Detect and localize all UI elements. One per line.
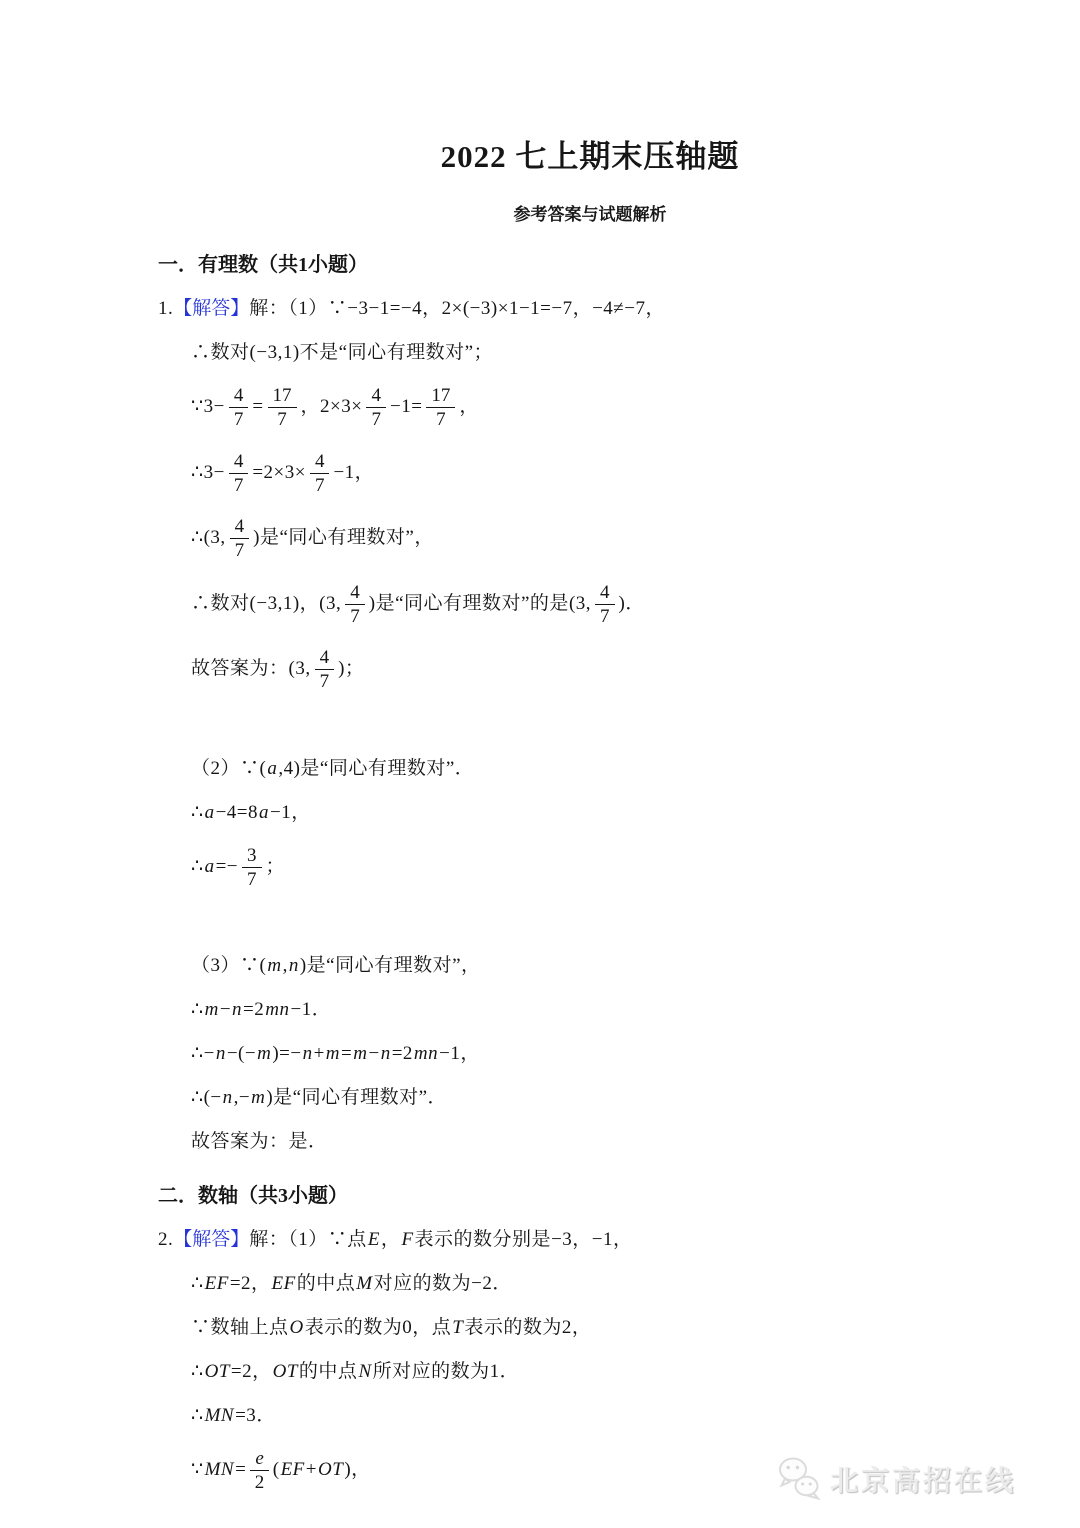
math-text: ∴m−n=2mn−1． [191, 999, 331, 1020]
fraction-denominator: 7 [345, 605, 365, 627]
content-line: ∴−n−(−m)=−n+m=m−n=2mn−1， [191, 1039, 1022, 1069]
fraction-numerator: 4 [345, 582, 365, 605]
fraction-numerator: 4 [366, 385, 386, 408]
fraction-denominator: 7 [315, 670, 335, 692]
math-text: ∴(3, [191, 527, 226, 548]
text-run: 的中点 [299, 1361, 358, 1382]
text-run: ， [252, 1361, 272, 1382]
math-text: M [355, 1273, 373, 1294]
text-run: 对应的数为 [374, 1273, 472, 1294]
math-text: ∴a−4=8a−1， [191, 802, 311, 823]
fraction: 37 [242, 845, 262, 891]
text-run: ． [256, 1405, 276, 1426]
text-run: 不是“同心有理数对”； [300, 342, 493, 363]
text-run: 所对应的数为 [373, 1361, 490, 1382]
content-line: ∴EF=2，EF的中点M对应的数为−2． [191, 1269, 1022, 1299]
math-text: ∵(m,n) [240, 955, 307, 976]
math-text: 2×3× [320, 396, 362, 417]
fraction-denominator: 7 [426, 408, 455, 430]
fraction: 47 [310, 451, 330, 497]
math-text: ∴−n−(−m)=−n+m=m−n=2mn−1， [191, 1043, 480, 1064]
math-text: T [451, 1317, 464, 1338]
math-text: ∴a=− [191, 856, 238, 877]
math-text: 2 [562, 1317, 572, 1338]
page-subtitle: 参考答案与试题解析 [158, 204, 1022, 226]
document-page: 2022 七上期末压轴题 参考答案与试题解析 一．有理数（共1小题）1.【解答】… [0, 0, 1080, 1528]
document-body: 一．有理数（共1小题）1.【解答】解：（1）∵−3−1=−4，2×(−3)×1−… [158, 250, 1022, 1497]
math-text: (3, [289, 658, 311, 679]
math-text: 1 [490, 1361, 500, 1382]
fraction: 47 [595, 582, 615, 628]
text-run: 的中点 [297, 1273, 356, 1294]
text-run: ， [613, 1229, 633, 1250]
math-text: ∵ [328, 1229, 348, 1250]
text-run: 解：（1） [249, 1229, 328, 1250]
text-run: 是“同心有理数对”． [273, 1087, 447, 1108]
math-text: ∴OT=2 [191, 1361, 252, 1382]
math-text: ∴EF=2 [191, 1273, 251, 1294]
text-run: 数轴上点 [211, 1317, 289, 1338]
fraction-denominator: 7 [229, 474, 249, 496]
fraction: 47 [366, 385, 386, 431]
fraction-denominator: 7 [310, 474, 330, 496]
text-run: ， [251, 1273, 271, 1294]
fraction: 47 [230, 516, 250, 562]
text-run: 点 [347, 1229, 367, 1250]
fraction: e2 [250, 1448, 268, 1494]
math-text: ∴ [191, 593, 211, 614]
fraction-denominator: 7 [229, 408, 249, 430]
fraction-numerator: 17 [268, 385, 297, 408]
math-text: ∴MN=3 [191, 1405, 256, 1426]
content-line: （2）∵(a,4)是“同心有理数对”． [191, 754, 1022, 784]
text-run: ， [459, 396, 479, 417]
math-text: −1， [333, 462, 374, 483]
content-line: ∴(−n,−m)是“同心有理数对”． [191, 1083, 1022, 1113]
fraction: 47 [345, 582, 365, 628]
math-text: ) [338, 658, 345, 679]
content-line: ∴MN=3． [191, 1401, 1022, 1431]
text-run: 1. [158, 298, 173, 319]
math-text: ∴3− [191, 462, 225, 483]
text-run: ． [500, 1361, 520, 1382]
fraction-numerator: 4 [315, 647, 335, 670]
fraction-denominator: 7 [366, 408, 386, 430]
content-line: ∴a=−37； [191, 842, 1022, 894]
watermark-label: 北京高招在线 [830, 1459, 1016, 1499]
math-text: −3，−1 [551, 1229, 613, 1250]
math-text: (−3,1)，(3, [250, 593, 342, 614]
answer-tag: 【解答】 [173, 1229, 249, 1250]
text-run: 故答案为： [191, 658, 289, 679]
fraction-numerator: 3 [242, 845, 262, 868]
math-text: ∵(a,4) [240, 758, 300, 779]
fraction-numerator: 4 [230, 516, 250, 539]
math-text: ) [253, 527, 260, 548]
watermark: 北京高招在线 [774, 1456, 1016, 1502]
text-run: ， [301, 396, 321, 417]
text-run: ， [572, 1317, 592, 1338]
text-run: 表示的数为 [305, 1317, 403, 1338]
math-text: EF [271, 1273, 297, 1294]
section-heading: 一．有理数（共1小题） [158, 250, 1022, 280]
fraction-denominator: 7 [230, 539, 250, 561]
fraction: 47 [229, 451, 249, 497]
text-run: 是“同心有理数对”． [300, 758, 474, 779]
content-line: 故答案为：是． [191, 1127, 1022, 1157]
text-run: （2） [191, 758, 240, 779]
math-text: (3, [569, 593, 591, 614]
content-line: ∵3−47=177，2×3×47−1=177， [191, 382, 1022, 434]
math-text: OT [272, 1361, 299, 1382]
content-line: ∴数对(−3,1)不是“同心有理数对”； [191, 338, 1022, 368]
text-run: 2. [158, 1229, 173, 1250]
fraction-denominator: 7 [595, 605, 615, 627]
math-text: ∵MN= [191, 1459, 246, 1480]
page-title: 2022 七上期末压轴题 [158, 138, 1022, 176]
math-text: ∵3− [191, 396, 225, 417]
text-run: ， [351, 1459, 371, 1480]
math-text: N [357, 1361, 372, 1382]
content-line: ∵数轴上点O表示的数为0，点T表示的数为2， [191, 1313, 1022, 1343]
content-line: ∴OT=2，OT的中点N所对应的数为1． [191, 1357, 1022, 1387]
content-line: ∴数对(−3,1)，(3,47)是“同心有理数对”的是(3,47)． [191, 579, 1022, 631]
text-run: （3） [191, 955, 240, 976]
content-line: ∴a−4=8a−1， [191, 798, 1022, 828]
fraction-denominator: 7 [242, 868, 262, 890]
content-line: ∴(3,47)是“同心有理数对”， [191, 513, 1022, 565]
math-text: (EF+OT) [273, 1459, 351, 1480]
text-run: 解：（1） [249, 298, 328, 319]
text-run: 数对 [211, 593, 250, 614]
fraction-numerator: 4 [595, 582, 615, 605]
content-line: ∴m−n=2mn−1． [191, 995, 1022, 1025]
math-text: −1= [390, 396, 422, 417]
document-content: 2022 七上期末压轴题 参考答案与试题解析 一．有理数（共1小题）1.【解答】… [0, 0, 1080, 1497]
math-text: ∵−3−1=−4，2×(−3)×1−1=−7，−4≠−7， [328, 298, 665, 319]
text-run: ； [345, 658, 365, 679]
fraction: 177 [426, 385, 455, 431]
content-line: 故答案为：(3,47)； [191, 644, 1022, 696]
math-text: ∵ [191, 1317, 211, 1338]
text-run: 数对 [211, 342, 250, 363]
text-run: 表示的数为 [464, 1317, 562, 1338]
fraction-numerator: e [250, 1448, 268, 1471]
math-text: (−3,1) [250, 342, 300, 363]
text-run: 是“同心有理数对”， [307, 955, 481, 976]
text-run: 表示的数分别是 [415, 1229, 552, 1250]
math-text: E [367, 1229, 381, 1250]
text-run: ； [266, 856, 286, 877]
math-text: = [252, 396, 263, 417]
text-run: ， [381, 1229, 401, 1250]
math-text: ∴ [191, 342, 211, 363]
fraction-numerator: 4 [229, 385, 249, 408]
text-run: 故答案为：是． [191, 1131, 328, 1152]
fraction: 47 [229, 385, 249, 431]
wechat-icon [774, 1456, 826, 1502]
text-run: 是“同心有理数对”的是 [376, 593, 569, 614]
math-text: 0 [402, 1317, 412, 1338]
math-text: ∴(−n,−m) [191, 1087, 273, 1108]
math-text: =2×3× [252, 462, 306, 483]
content-line: （3）∵(m,n)是“同心有理数对”， [191, 951, 1022, 981]
math-text: F [400, 1229, 414, 1250]
fraction-denominator: 7 [268, 408, 297, 430]
math-text: −2 [471, 1273, 492, 1294]
math-text: ) [369, 593, 376, 614]
section-heading: 二．数轴（共3小题） [158, 1181, 1022, 1211]
text-run: ，点 [412, 1317, 451, 1338]
text-run: ． [492, 1273, 512, 1294]
fraction: 47 [315, 647, 335, 693]
fraction: 177 [268, 385, 297, 431]
text-run: 是“同心有理数对”， [260, 527, 434, 548]
fraction-numerator: 4 [310, 451, 330, 474]
content-line: ∴3−47=2×3×47−1， [191, 448, 1022, 500]
math-text: )． [619, 593, 645, 614]
fraction-numerator: 4 [229, 451, 249, 474]
fraction-denominator: 2 [250, 1471, 268, 1493]
content-line: 2.【解答】解：（1）∵点E，F表示的数分别是−3，−1， [158, 1225, 1022, 1255]
answer-tag: 【解答】 [173, 298, 249, 319]
math-text: O [289, 1317, 305, 1338]
content-line: 1.【解答】解：（1）∵−3−1=−4，2×(−3)×1−1=−7，−4≠−7， [158, 294, 1022, 324]
fraction-numerator: 17 [426, 385, 455, 408]
